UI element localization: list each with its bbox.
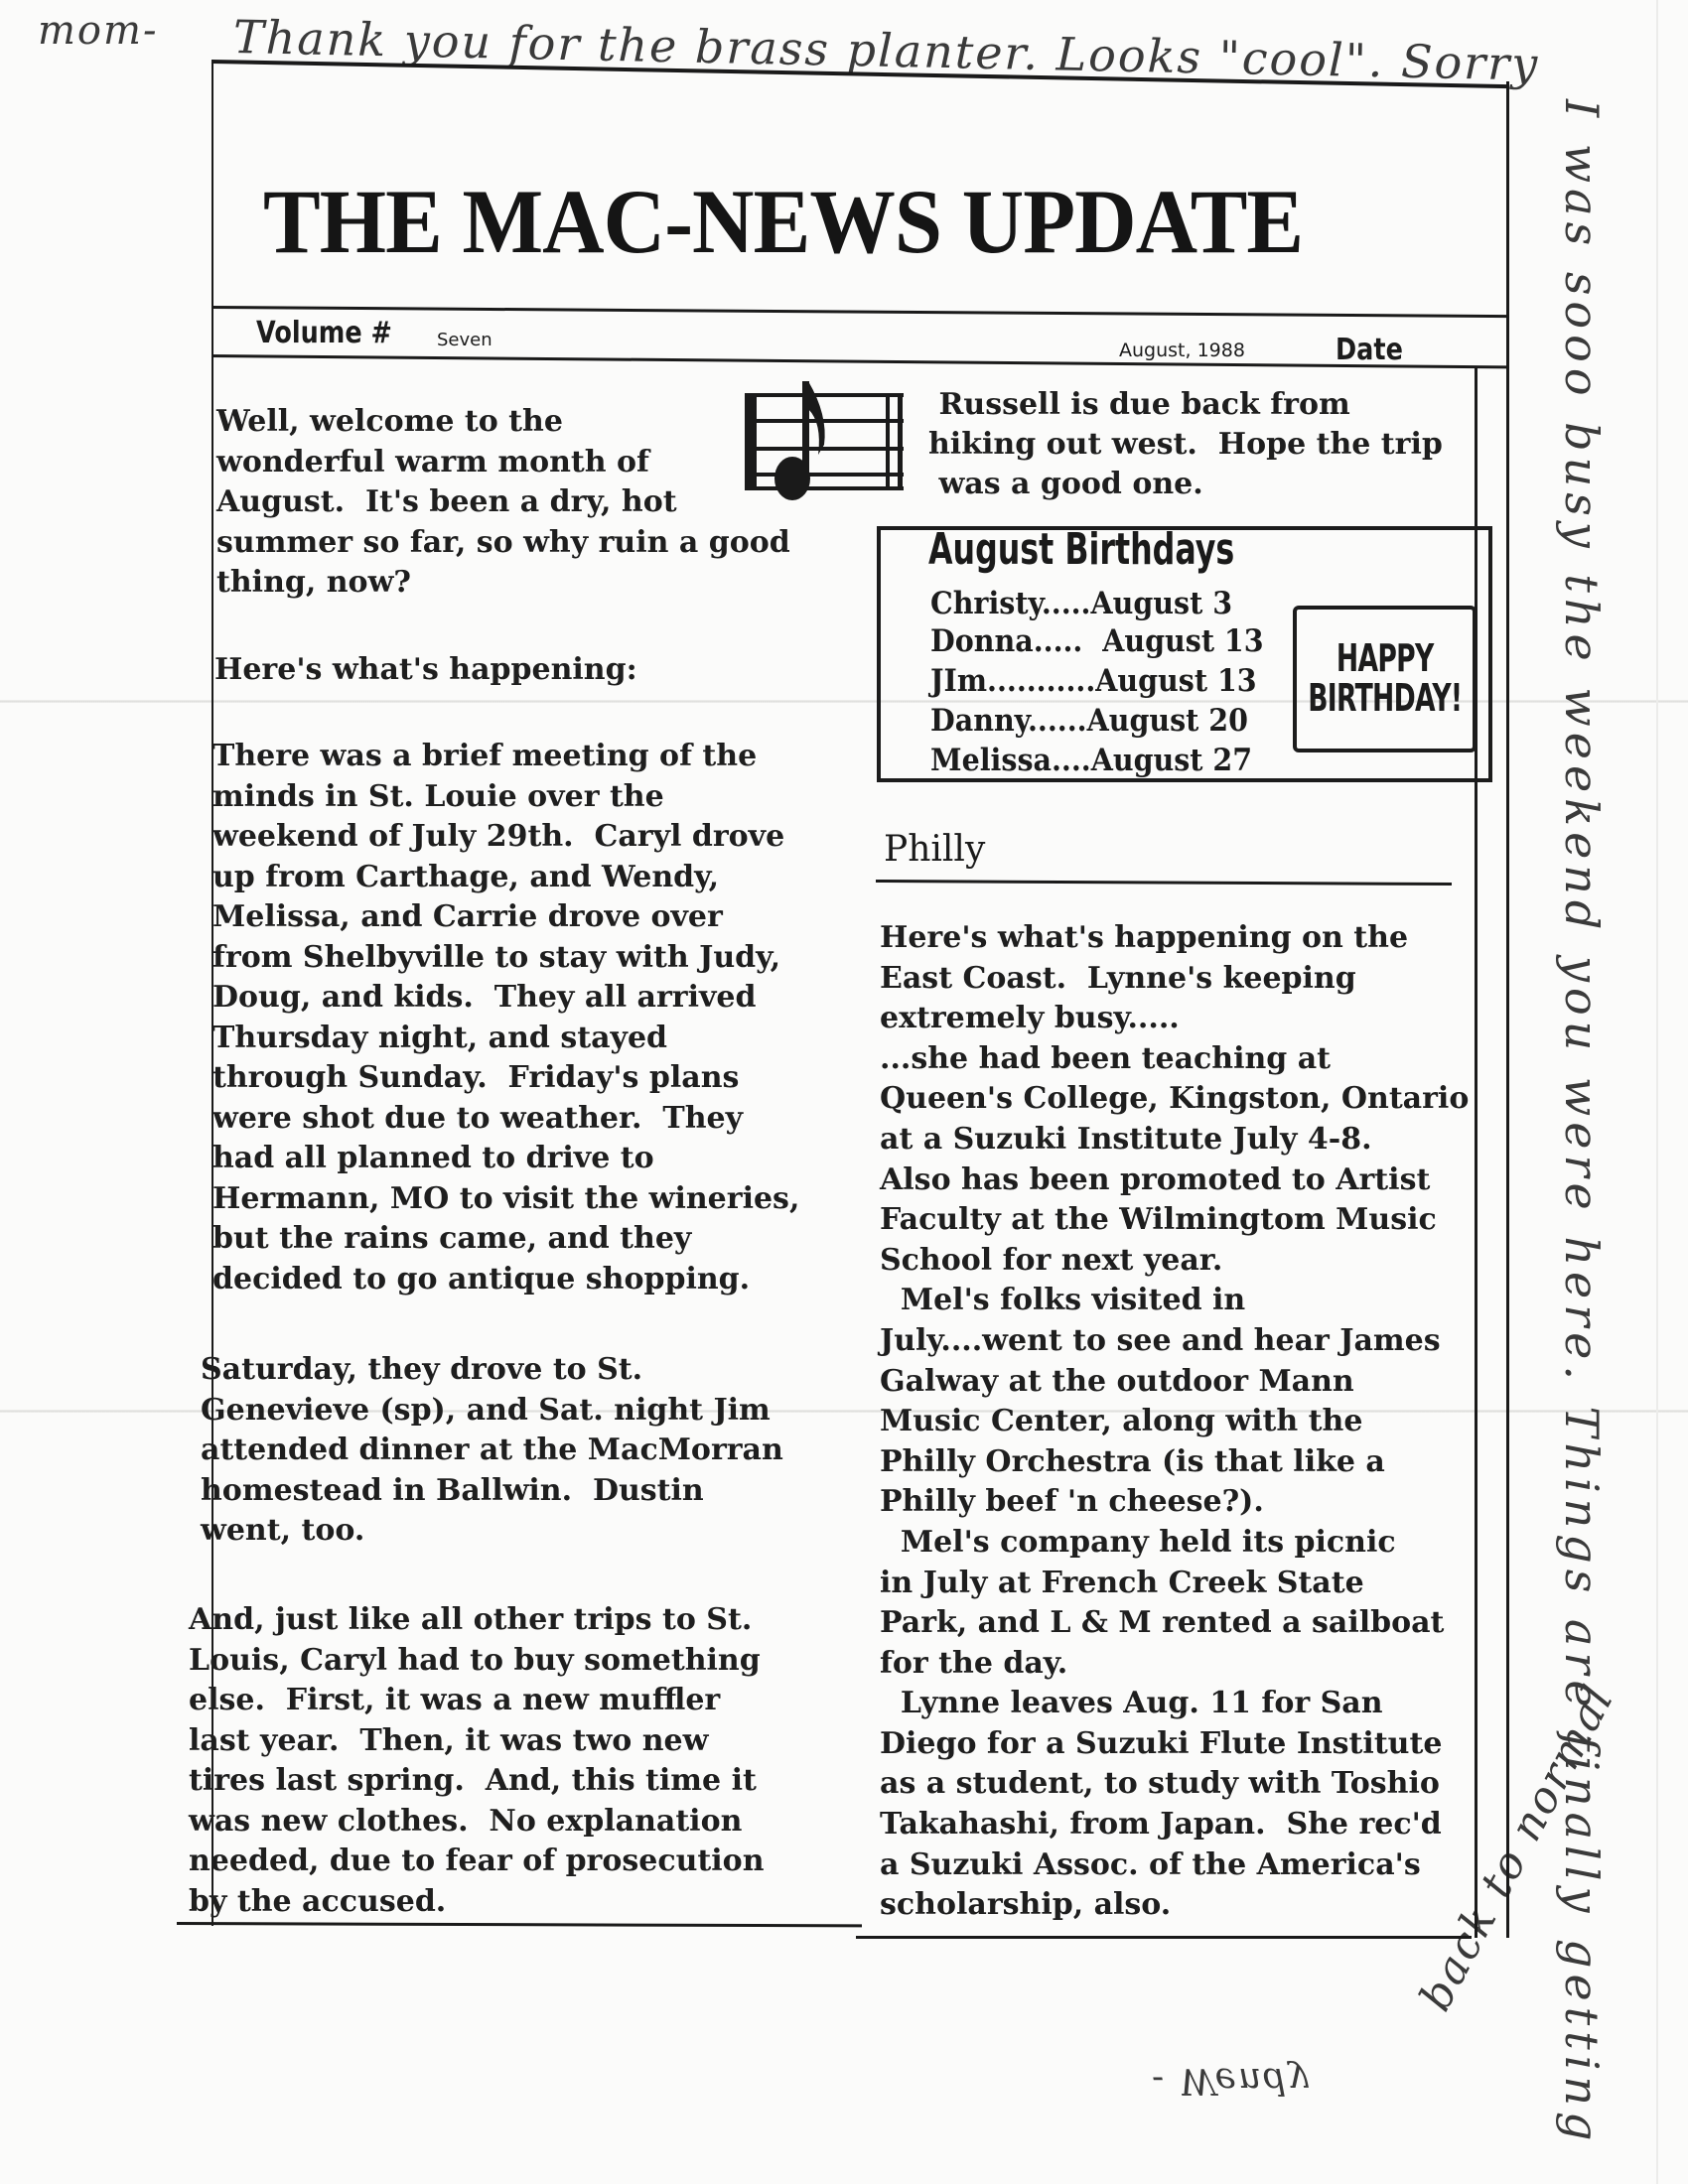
issue-date: August, 1988: [1119, 340, 1245, 361]
paper-edge: [1656, 0, 1658, 2184]
philly-heading-rule: [876, 880, 1452, 886]
birthday-entry: Christy.....August 3: [930, 586, 1232, 621]
philly-paragraph: Here's what's happening on the East Coas…: [880, 918, 1469, 1926]
left-column-bottom-rule: [177, 1922, 862, 1927]
newsletter-title: THE MAC-NEWS UPDATE: [263, 169, 1303, 274]
date-label: Date: [1336, 333, 1403, 367]
birthday-entry: JIm...........August 13: [930, 663, 1257, 699]
header-rule-top: [211, 306, 1508, 318]
russell-paragraph: Russell is due back from hiking out west…: [928, 385, 1443, 504]
philly-heading: Philly: [884, 829, 985, 870]
volume-value: Seven: [437, 330, 492, 350]
intro-paragraph: Well, welcome to the wonderful warm mont…: [216, 402, 790, 604]
frame-right-border: [1506, 81, 1509, 1938]
caryl-paragraph: And, just like all other trips to St. Lo…: [189, 1600, 765, 1922]
header-rule-bottom: [211, 354, 1508, 368]
happy-birthday-line1: HAPPY: [1336, 639, 1434, 679]
handwritten-signature: - Wendy: [1152, 2060, 1311, 2101]
birthday-entry: Donna..... August 13: [930, 623, 1264, 659]
birthday-entry: Danny......August 20: [930, 703, 1248, 739]
right-column-bottom-rule: [856, 1936, 1472, 1939]
section-heading-happenings: Here's what's happening:: [214, 650, 637, 691]
saturday-paragraph: Saturday, they drove to St. Genevieve (s…: [201, 1350, 783, 1552]
handwritten-top-note: Thank you for the brass planter. Looks "…: [232, 10, 1539, 91]
happy-birthday-line2: BIRTHDAY!: [1308, 679, 1462, 719]
birthdays-title: August Birthdays: [928, 524, 1234, 575]
stlouis-paragraph: There was a brief meeting of the minds i…: [212, 737, 799, 1299]
handwritten-salutation: mom-: [38, 8, 158, 54]
handwritten-margin-note: I was sooo busy the weekend you were her…: [1555, 99, 1609, 2146]
birthday-entry: Melissa....August 27: [930, 743, 1252, 778]
volume-label: Volume #: [256, 316, 392, 350]
happy-birthday-sign-icon: HAPPY BIRTHDAY!: [1293, 606, 1477, 752]
